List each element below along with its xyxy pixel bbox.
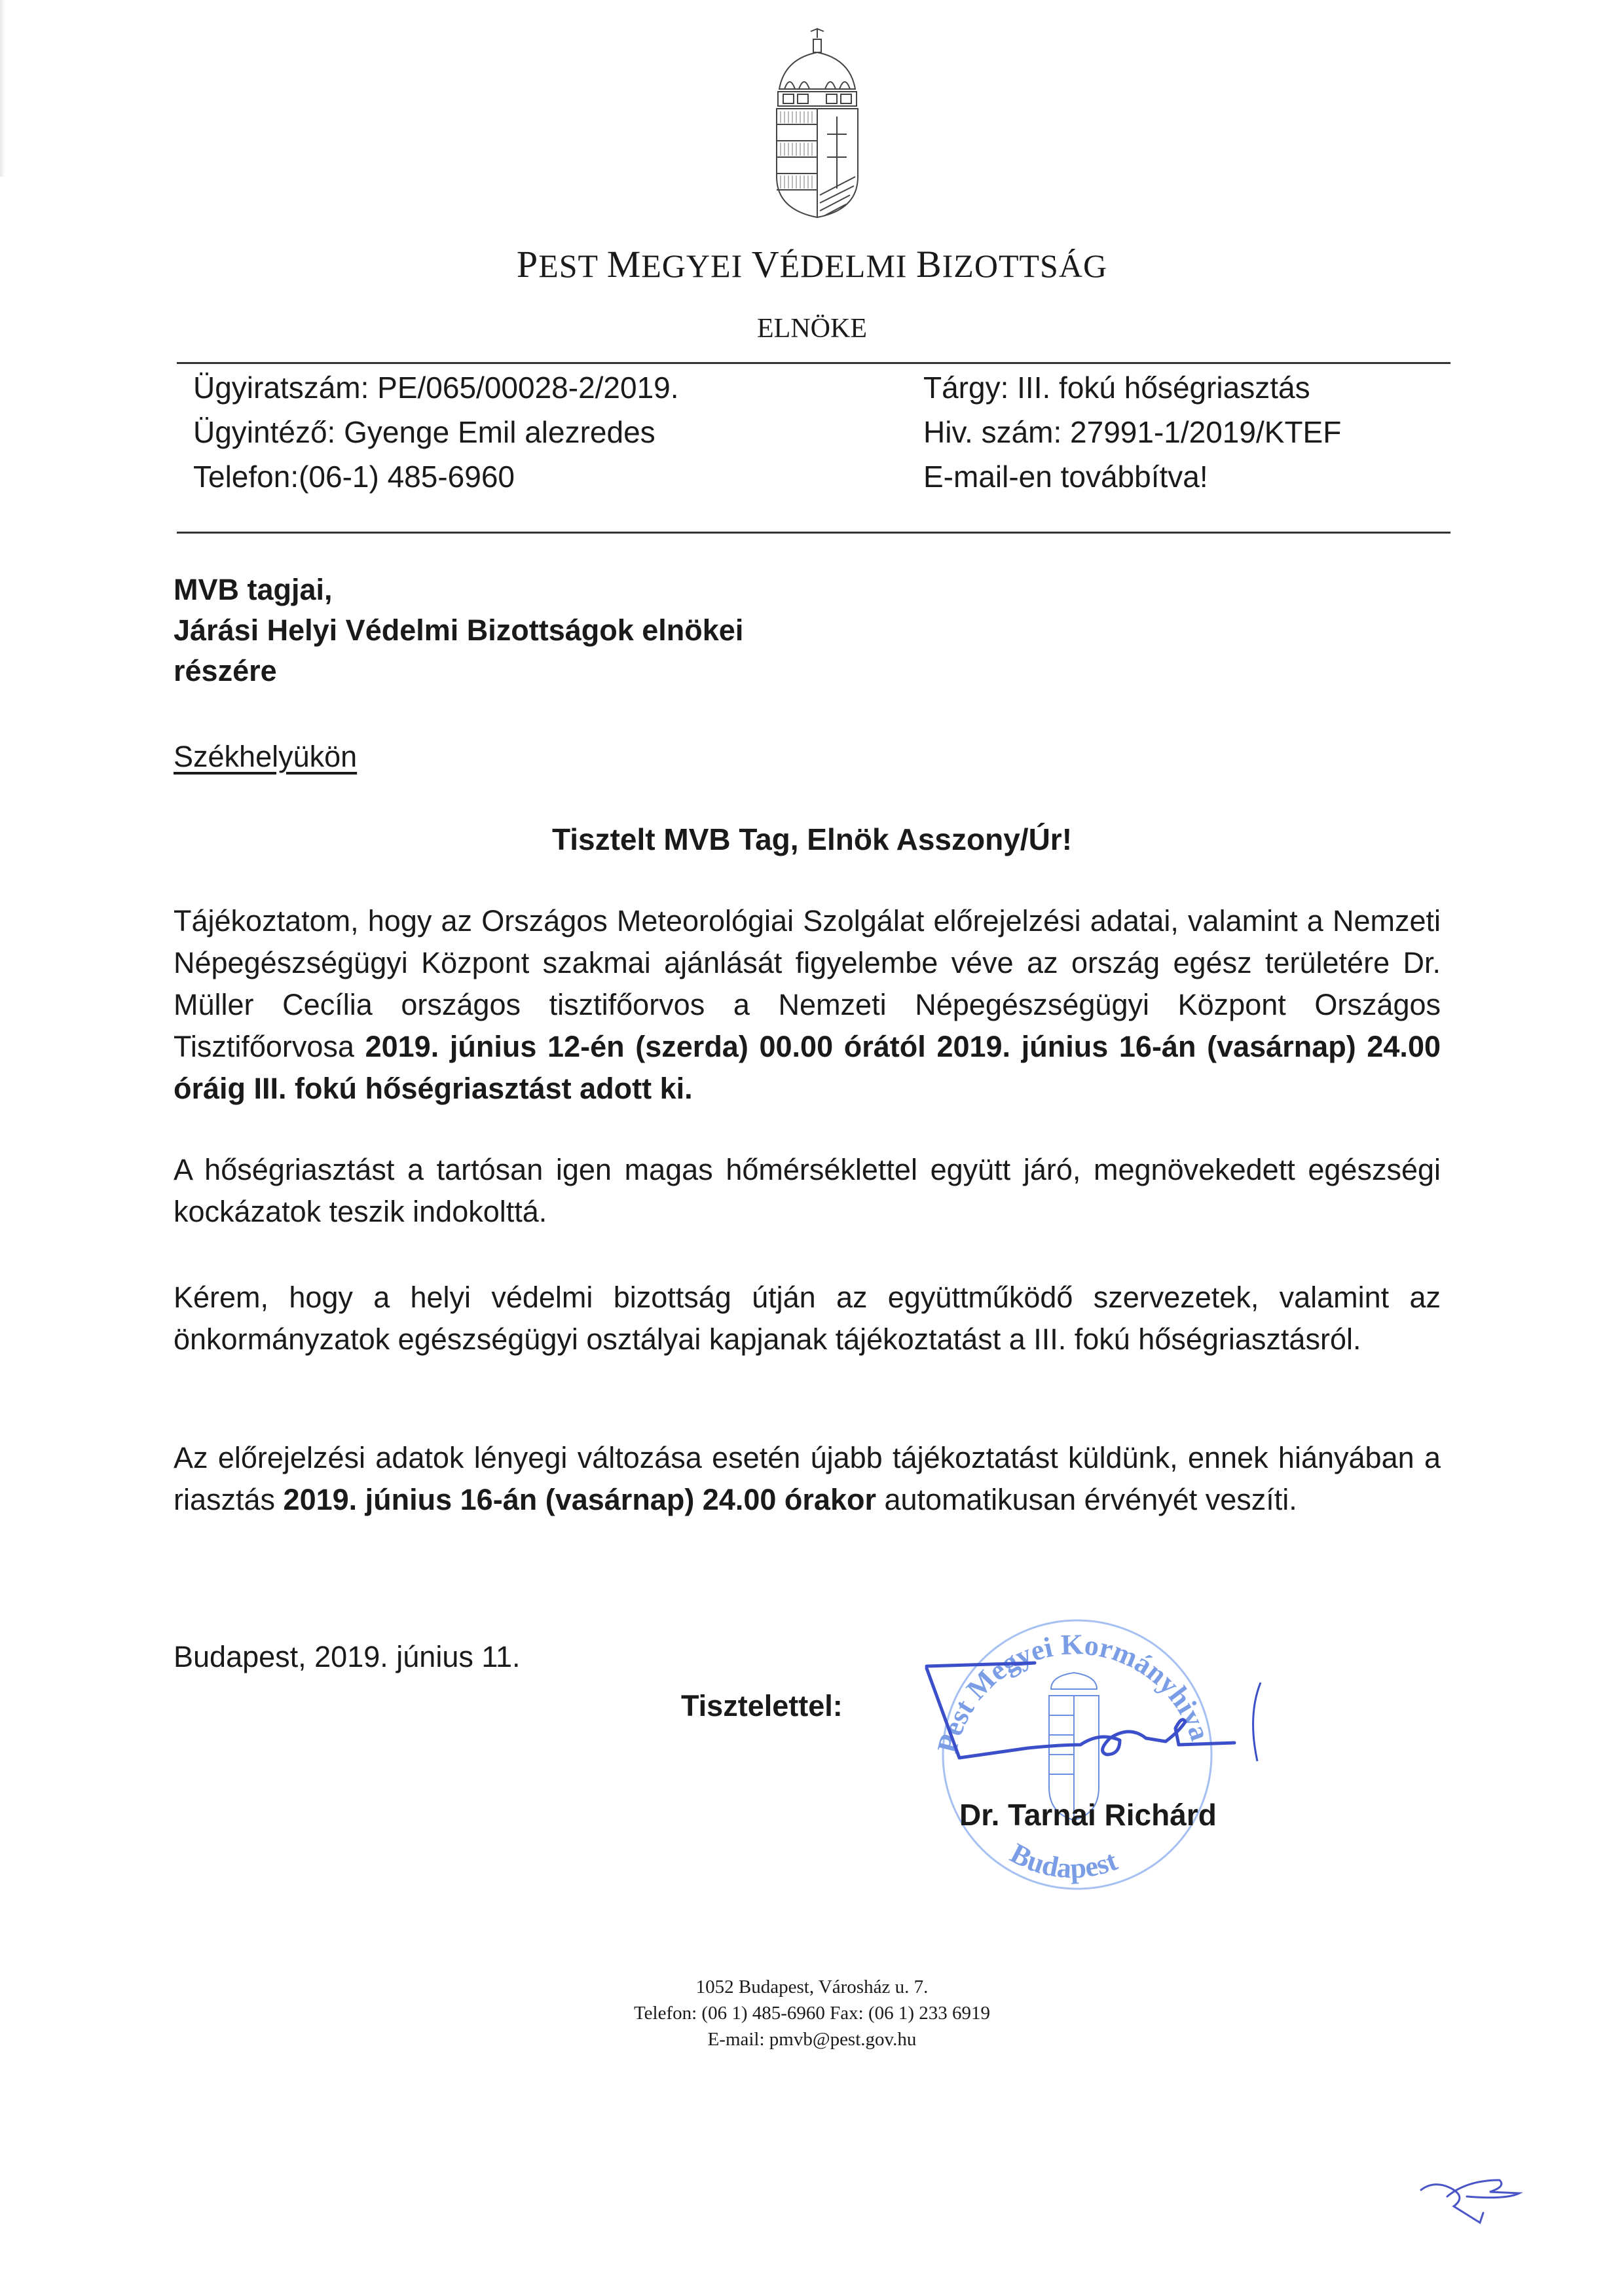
- dateline: Budapest, 2019. június 11.: [174, 1640, 521, 1674]
- officer-phone: Telefon:(06-1) 485-6960: [193, 454, 679, 499]
- footer-email: E-mail: pmvb@pest.gov.hu: [0, 2026, 1624, 2052]
- hungarian-coat-of-arms-icon: [765, 26, 870, 223]
- footer-phones: Telefon: (06 1) 485-6960 Fax: (06 1) 233…: [0, 2000, 1624, 2026]
- paragraph-text: automatikusan érvényét veszíti.: [876, 1483, 1297, 1516]
- org-word: BIZOTTSÁG: [916, 247, 1107, 284]
- organization-subtitle: ELNÖKE: [0, 313, 1624, 344]
- case-officer: Ügyintéző: Gyenge Emil alezredes: [193, 410, 679, 454]
- case-number: Ügyiratszám: PE/065/00028-2/2019.: [193, 365, 679, 410]
- org-word: VÉDELMI: [752, 247, 908, 284]
- addressee-line: Járási Helyi Védelmi Bizottságok elnökei: [174, 610, 743, 651]
- scan-edge-shadow: [0, 0, 5, 177]
- reference-block-left: Ügyiratszám: PE/065/00028-2/2019. Ügyint…: [193, 365, 679, 499]
- header-divider-top: [177, 362, 1450, 364]
- closing-regards: Tisztelettel:: [681, 1689, 843, 1723]
- svg-text:Pest Megyei Kormányhivatal: Pest Megyei Kormányhivatal: [910, 1591, 1217, 1756]
- body-paragraph-4: Az előrejelzési adatok lényegi változása…: [174, 1437, 1441, 1521]
- salutation: Tisztelt MVB Tag, Elnök Asszony/Úr!: [0, 822, 1624, 857]
- signer-name: Dr. Tarnai Richárd: [959, 1797, 1217, 1832]
- org-word: PEST: [517, 247, 598, 284]
- handwritten-initials-icon: [1408, 2160, 1539, 2239]
- body-paragraph-3: Kérem, hogy a helyi védelmi bizottság út…: [174, 1277, 1441, 1360]
- reference-number: Hiv. szám: 27991-1/2019/KTEF: [923, 410, 1341, 454]
- addressee-seat: Székhelyükön: [174, 740, 357, 774]
- organization-title: PEST MEGYEI VÉDELMI BIZOTTSÁG: [0, 242, 1624, 286]
- stamp-top-text: Pest Megyei Kormányhivatal: [910, 1591, 1217, 1756]
- reference-block-right: Tárgy: III. fokú hőségriasztás Hiv. szám…: [923, 365, 1341, 499]
- delivery-note: E-mail-en továbbítva!: [923, 454, 1341, 499]
- org-word: MEGYEI: [607, 247, 743, 284]
- body-paragraph-1: Tájékoztatom, hogy az Országos Meteoroló…: [174, 900, 1441, 1110]
- addressee-line: részére: [174, 651, 743, 691]
- expiry-time: 2019. június 16-án (vasárnap) 24.00 órak…: [284, 1483, 876, 1516]
- header-divider-bottom: [177, 532, 1450, 534]
- footer-address: 1052 Budapest, Városház u. 7.: [0, 1974, 1624, 2000]
- addressee-line: MVB tagjai,: [174, 570, 743, 610]
- footer-contact: 1052 Budapest, Városház u. 7. Telefon: (…: [0, 1974, 1624, 2052]
- addressee-block: MVB tagjai, Járási Helyi Védelmi Bizotts…: [174, 570, 743, 691]
- official-stamp-icon: Pest Megyei Kormányhivatal Budapest: [910, 1591, 1303, 1905]
- subject: Tárgy: III. fokú hőségriasztás: [923, 365, 1341, 410]
- body-paragraph-2: A hőségriasztást a tartósan igen magas h…: [174, 1149, 1441, 1233]
